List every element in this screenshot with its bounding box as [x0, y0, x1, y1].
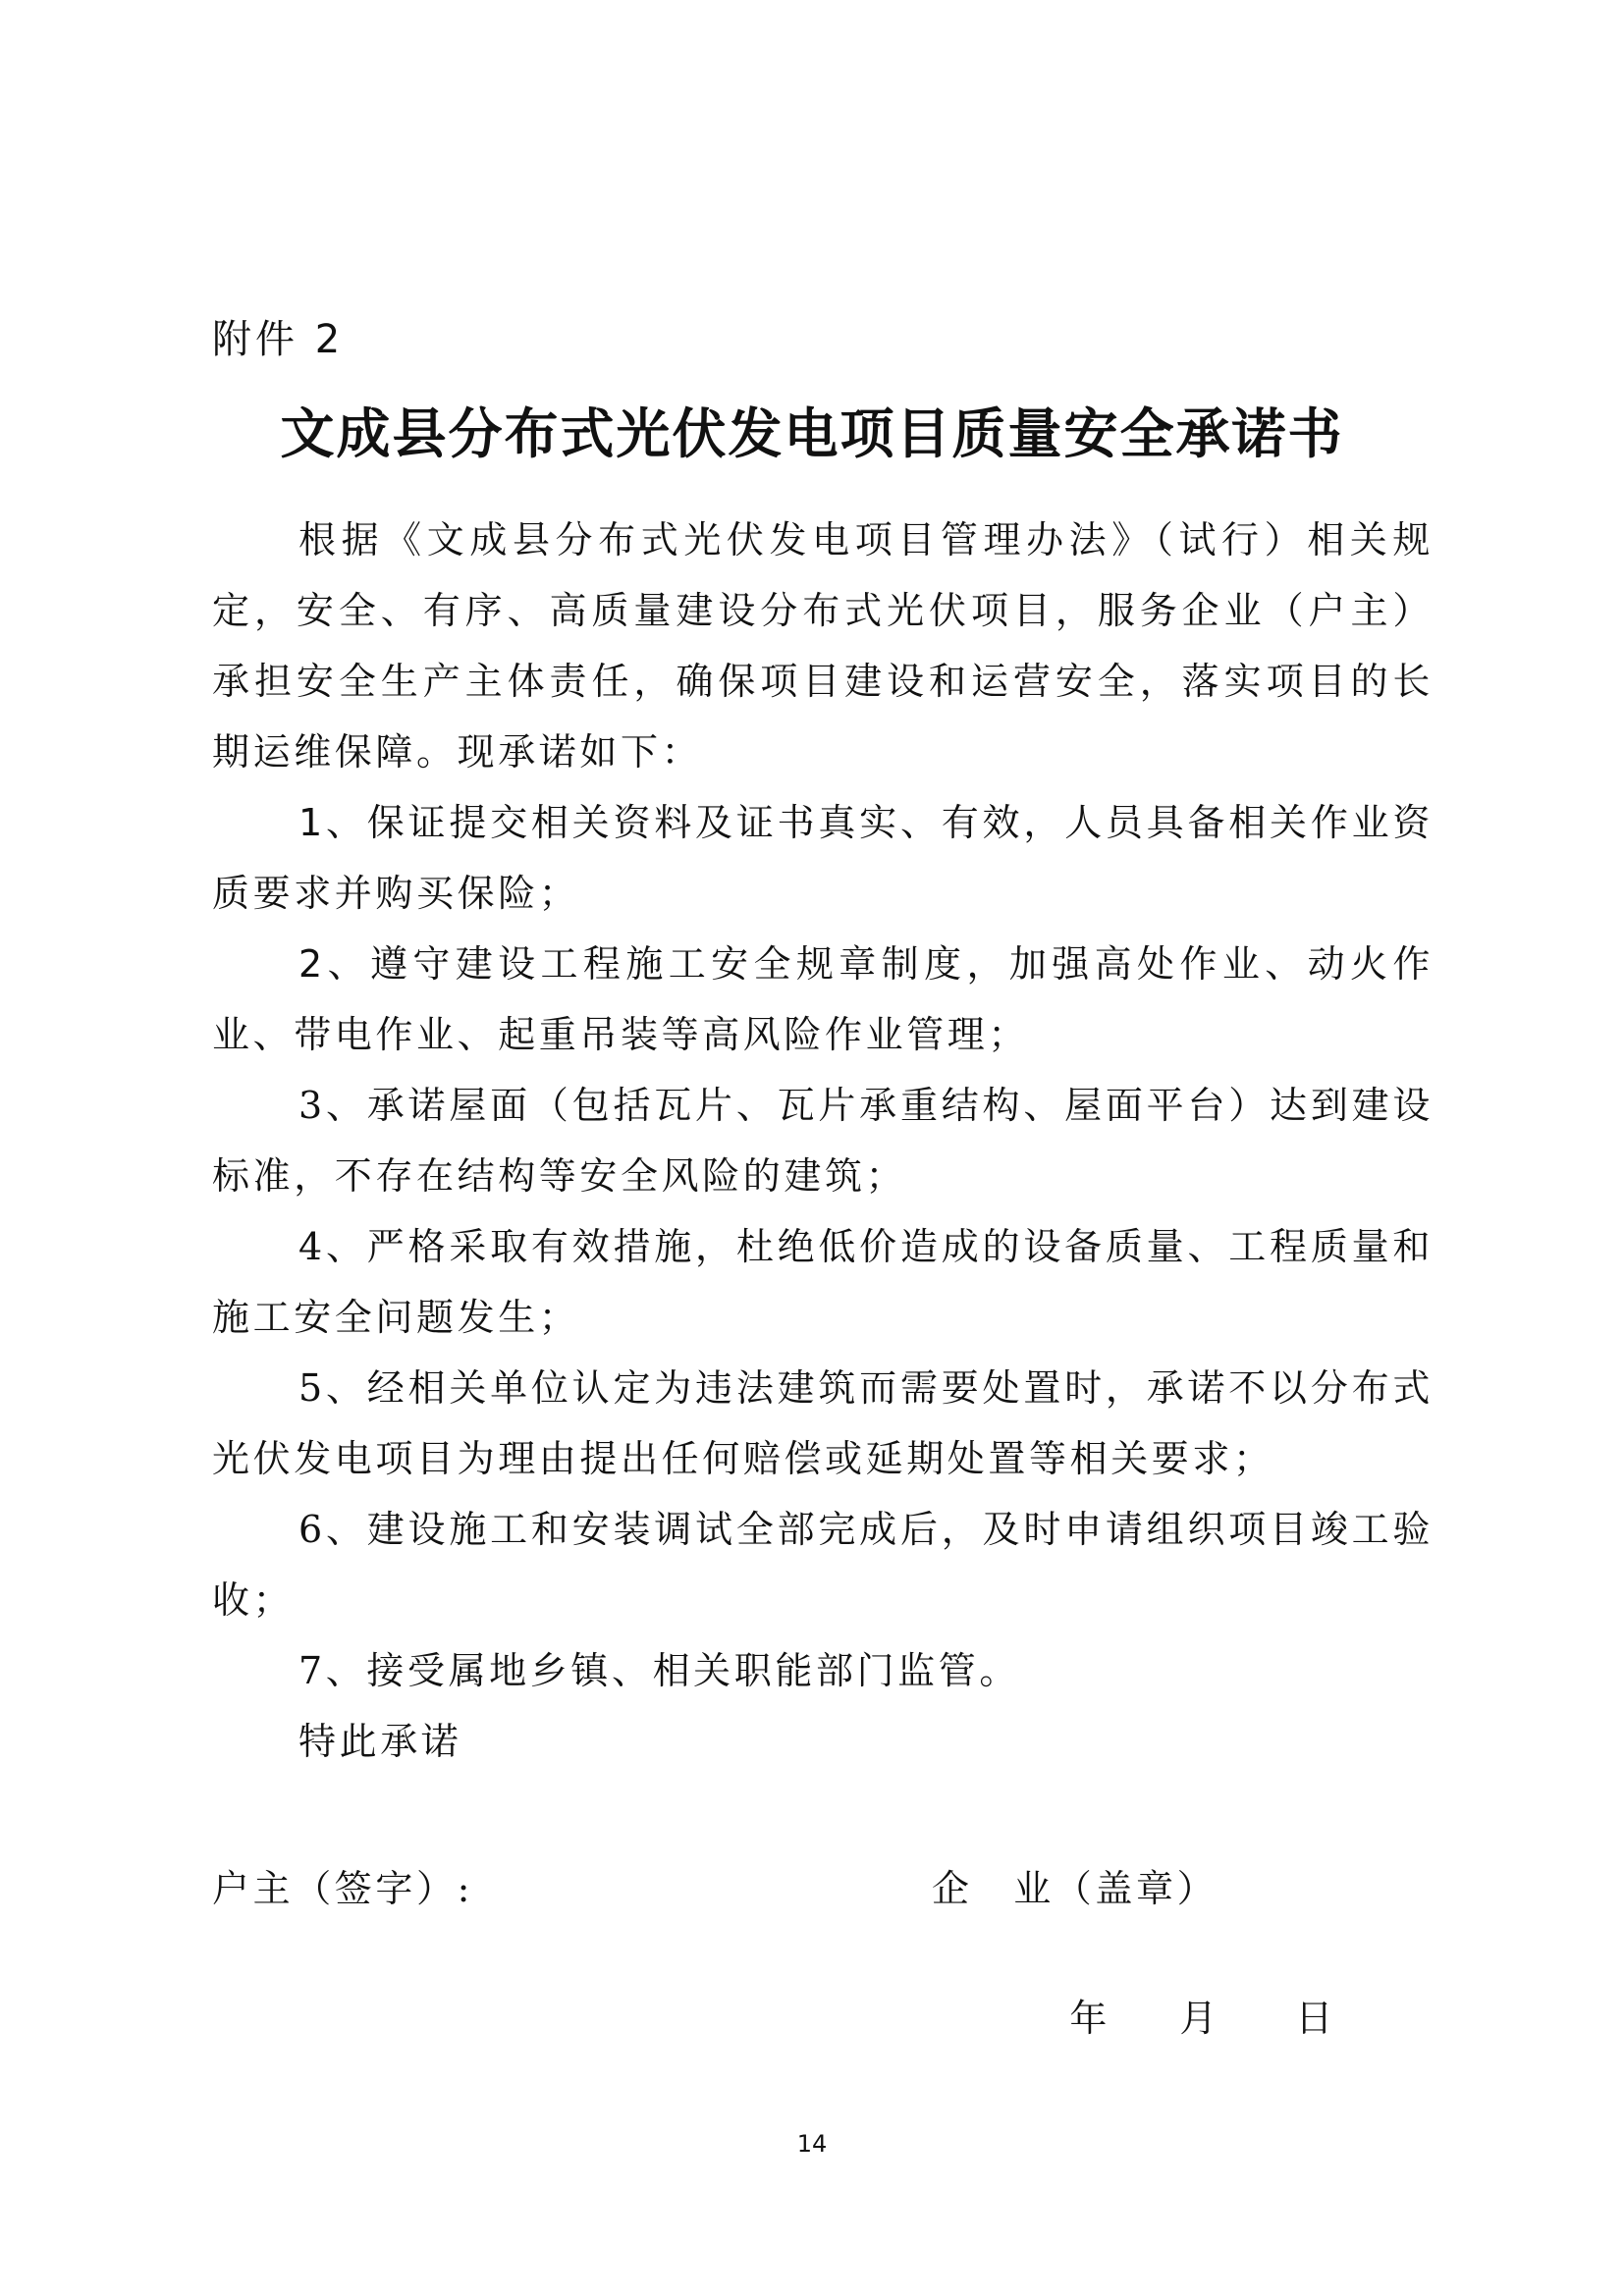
item-number: 4 [298, 1225, 326, 1268]
company-seal-label: 企 业（盖章） [932, 1859, 1218, 1918]
item-text: 、经相关单位认定为违法建筑而需要处置时，承诺不以分布式光伏发电项目为理由提出任何… [212, 1366, 1434, 1480]
date-year-label: 年 [1069, 1989, 1179, 2048]
intro-paragraph: 根据《文成县分布式光伏发电项目管理办法》（试行）相关规定，安全、有序、高质量建设… [212, 505, 1434, 787]
closing-statement: 特此承诺 [212, 1706, 1434, 1777]
item-number: 7 [298, 1649, 326, 1692]
date-day-label: 日 [1295, 1989, 1332, 2048]
document-title: 文成县分布式光伏发电项目质量安全承诺书 [196, 395, 1428, 473]
signature-row: 户主（签字）: 企 业（盖章） [212, 1859, 1430, 1918]
date-month-label: 月 [1179, 1989, 1295, 2048]
item-text: 、保证提交相关资料及证书真实、有效，人员具备相关作业资质要求并购买保险； [212, 801, 1434, 915]
owner-signature-label: 户主（签字）: [212, 1859, 473, 1918]
item-number: 5 [298, 1366, 326, 1410]
commitment-item-2: 2、遵守建设工程施工安全规章制度，加强高处作业、动火作业、带电作业、起重吊装等高… [212, 929, 1434, 1070]
item-text: 、承诺屋面（包括瓦片、瓦片承重结构、屋面平台）达到建设标准，不存在结构等安全风险… [212, 1084, 1434, 1198]
commitment-item-3: 3、承诺屋面（包括瓦片、瓦片承重结构、屋面平台）达到建设标准，不存在结构等安全风… [212, 1070, 1434, 1211]
item-number: 1 [298, 801, 326, 844]
document-page: 附件 2 文成县分布式光伏发电项目质量安全承诺书 根据《文成县分布式光伏发电项目… [0, 0, 1624, 2296]
commitment-item-6: 6、建设施工和安装调试全部完成后，及时申请组织项目竣工验收； [212, 1494, 1434, 1635]
item-number: 2 [298, 942, 326, 986]
item-text: 、建设施工和安装调试全部完成后，及时申请组织项目竣工验收； [212, 1508, 1434, 1622]
document-body: 根据《文成县分布式光伏发电项目管理办法》（试行）相关规定，安全、有序、高质量建设… [212, 505, 1434, 1777]
attachment-label: 附件 2 [212, 312, 344, 367]
commitment-item-4: 4、严格采取有效措施，杜绝低价造成的设备质量、工程质量和施工安全问题发生； [212, 1211, 1434, 1353]
item-text: 、接受属地乡镇、相关职能部门监管。 [326, 1649, 1020, 1692]
page-number: 14 [0, 2128, 1624, 2160]
commitment-item-5: 5、经相关单位认定为违法建筑而需要处置时，承诺不以分布式光伏发电项目为理由提出任… [212, 1353, 1434, 1494]
commitment-item-1: 1、保证提交相关资料及证书真实、有效，人员具备相关作业资质要求并购买保险； [212, 787, 1434, 929]
item-number: 3 [298, 1084, 326, 1127]
item-number: 6 [298, 1508, 326, 1551]
date-line: 年月日 [1022, 1930, 1332, 2107]
item-text: 、严格采取有效措施，杜绝低价造成的设备质量、工程质量和施工安全问题发生； [212, 1225, 1434, 1339]
commitment-item-7: 7、接受属地乡镇、相关职能部门监管。 [212, 1635, 1434, 1706]
item-text: 、遵守建设工程施工安全规章制度，加强高处作业、动火作业、带电作业、起重吊装等高风… [212, 942, 1434, 1056]
